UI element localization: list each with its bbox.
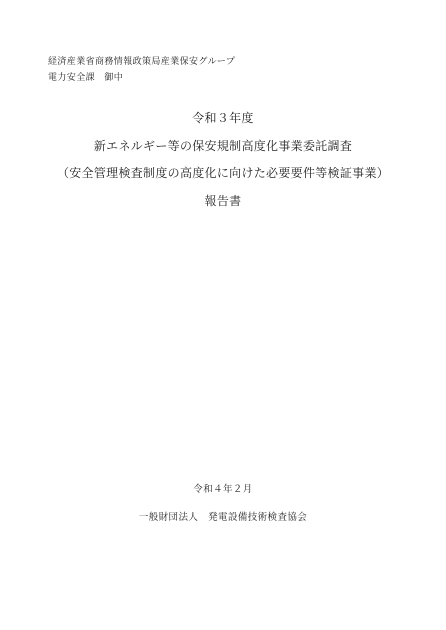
footer-block: 令和４年２月 一般財団法人 発電設備技術検査協会 [0, 476, 446, 532]
recipient-line-2: 電力安全課 御中 [48, 69, 235, 85]
report-subtitle: （安全管理検査制度の高度化に向けた必要要件等検証事業） [0, 160, 446, 188]
organization-name: 一般財団法人 発電設備技術検査協会 [0, 504, 446, 532]
recipient-block: 経済産業省商務情報政策局産業保安グループ 電力安全課 御中 [48, 53, 235, 85]
fiscal-year-heading: 令和３年度 [0, 105, 446, 133]
recipient-line-1: 経済産業省商務情報政策局産業保安グループ [48, 53, 235, 69]
report-cover-page: 経済産業省商務情報政策局産業保安グループ 電力安全課 御中 令和３年度 新エネル… [0, 0, 446, 630]
document-type-label: 報告書 [0, 188, 446, 216]
publication-date: 令和４年２月 [0, 476, 446, 504]
title-block: 令和３年度 新エネルギー等の保安規制高度化事業委託調査 （安全管理検査制度の高度… [0, 105, 446, 215]
report-title: 新エネルギー等の保安規制高度化事業委託調査 [0, 133, 446, 161]
